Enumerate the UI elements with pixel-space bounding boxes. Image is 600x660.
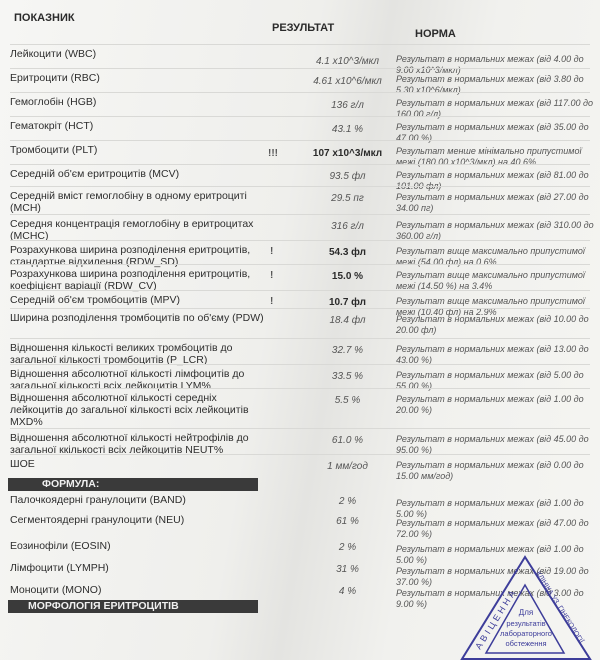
result-value: 18.4 фл — [300, 315, 395, 326]
row-divider — [10, 264, 590, 265]
row-divider — [10, 388, 590, 389]
reference-norm: Результат в нормальних межах (від 1.00 д… — [396, 394, 596, 416]
lab-report-page: ПОКАЗНИК РЕЗУЛЬТАТ НОРМА Лейкоцити (WBC)… — [0, 0, 600, 660]
svg-text:лабораторного: лабораторного — [500, 629, 552, 638]
indicator-name: Середній об'єм еритроцитів (MCV) — [10, 168, 270, 180]
indicator-name: Лейкоцити (WBC) — [10, 48, 270, 60]
result-value: 29.5 пг — [300, 193, 395, 204]
abnormal-flag: ! — [270, 296, 273, 307]
row-divider — [10, 428, 590, 429]
reference-norm: Результат в нормальних межах (від 4.00 д… — [396, 54, 596, 76]
row-divider — [10, 454, 590, 455]
result-value: 2 % — [300, 496, 395, 507]
reference-norm: Результат в нормальних межах (від 47.00 … — [396, 518, 596, 540]
reference-norm: Результат вище максимально припустимої м… — [396, 270, 596, 292]
result-value: 107 x10^3/мкл — [300, 148, 395, 159]
indicator-name: Еозинофіли (EOSIN) — [10, 540, 270, 552]
result-value: 2 % — [300, 542, 395, 553]
row-divider — [10, 364, 590, 365]
result-value: 61 % — [300, 516, 395, 527]
result-value: 5.5 % — [300, 395, 395, 406]
reference-norm: Результат в нормальних межах (від 0.00 д… — [396, 460, 596, 482]
result-value: 15.0 % — [300, 271, 395, 282]
indicator-name: Ширина розподілення тромбоцитів по об'єм… — [10, 312, 270, 324]
row-divider — [10, 338, 590, 339]
result-value: 316 г/л — [300, 221, 395, 232]
indicator-name: Розрахункова ширина розподілення еритроц… — [10, 268, 270, 292]
row-divider — [10, 214, 590, 215]
reference-norm: Результат в нормальних межах (від 10.00 … — [396, 314, 596, 336]
reference-norm: Результат в нормальних межах (від 27.00 … — [396, 192, 596, 214]
reference-norm: Результат в нормальних межах (від 45.00 … — [396, 434, 596, 456]
result-value: 31 % — [300, 564, 395, 575]
section-header-formula: ФОРМУЛА: — [8, 478, 258, 491]
indicator-name: Палочкоядерні гранулоцити (BAND) — [10, 494, 270, 506]
result-value: 4.61 x10^6/мкл — [300, 76, 395, 87]
indicator-name: Гематокріт (HCT) — [10, 120, 270, 132]
row-divider — [10, 68, 590, 69]
result-value: 93.5 фл — [300, 171, 395, 182]
abnormal-flag: !!! — [268, 148, 278, 159]
indicator-name: Сегментоядерні гранулоцити (NEU) — [10, 514, 270, 526]
row-divider — [10, 186, 590, 187]
result-value: 32.7 % — [300, 345, 395, 356]
reference-norm: Результат в нормальних межах (від 1.00 д… — [396, 498, 596, 520]
svg-text:обстеження: обстеження — [505, 639, 546, 648]
indicator-name: Відношення кількості великих тромбоцитів… — [10, 342, 270, 366]
indicator-name: Гемоглобін (HGB) — [10, 96, 270, 108]
result-value: 33.5 % — [300, 371, 395, 382]
row-divider — [10, 240, 590, 241]
indicator-name: Середній об'єм тромбоцитів (MPV) — [10, 294, 270, 306]
indicator-name: Тромбоцити (PLT) — [10, 144, 270, 156]
svg-text:Для: Для — [519, 608, 533, 617]
indicator-name: Середня концентрація гемоглобіну в еритр… — [10, 218, 270, 242]
row-divider — [10, 140, 590, 141]
result-value: 43.1 % — [300, 124, 395, 135]
reference-norm: Результат в нормальних межах (від 13.00 … — [396, 344, 596, 366]
indicator-name: ШОЕ — [10, 458, 270, 470]
row-divider — [10, 44, 590, 45]
abnormal-flag: ! — [270, 270, 273, 281]
row-divider — [10, 92, 590, 93]
result-value: 61.0 % — [300, 435, 395, 446]
result-value: 4 % — [300, 586, 395, 597]
reference-norm: Результат в нормальних межах (від 81.00 … — [396, 170, 596, 192]
indicator-name: Середній вміст гемоглобіну в одному ерит… — [10, 190, 270, 214]
indicator-name: Еритроцити (RBC) — [10, 72, 270, 84]
row-divider — [10, 116, 590, 117]
indicator-name: Відношення абсолютної кількості середніх… — [10, 392, 270, 428]
result-value: 1 мм/год — [300, 461, 395, 472]
indicator-name: Відношення абсолютної кількості нейтрофі… — [10, 432, 270, 456]
svg-text:результатів: результатів — [506, 619, 545, 628]
result-value: 10.7 фл — [300, 297, 395, 308]
result-value: 54.3 фл — [300, 247, 395, 258]
result-value: 136 г/л — [300, 100, 395, 111]
abnormal-flag: ! — [270, 246, 273, 257]
column-header-norm: НОРМА — [415, 28, 456, 40]
row-divider — [10, 164, 590, 165]
result-value: 4.1 x10^3/мкл — [300, 56, 395, 67]
row-divider — [10, 308, 590, 309]
column-header-indicator: ПОКАЗНИК — [14, 12, 75, 24]
indicator-name: Моноцити (MONO) — [10, 584, 270, 596]
section-header-morphology: МОРФОЛОГІЯ ЕРИТРОЦИТІВ — [8, 600, 258, 613]
row-divider — [10, 290, 590, 291]
indicator-name: Лімфоцити (LYMPH) — [10, 562, 270, 574]
reference-norm: Результат в нормальних межах (від 310.00… — [396, 220, 596, 242]
column-header-result: РЕЗУЛЬТАТ — [272, 22, 334, 34]
clinic-stamp-icon: Для результатів лабораторного обстеження… — [458, 555, 593, 660]
